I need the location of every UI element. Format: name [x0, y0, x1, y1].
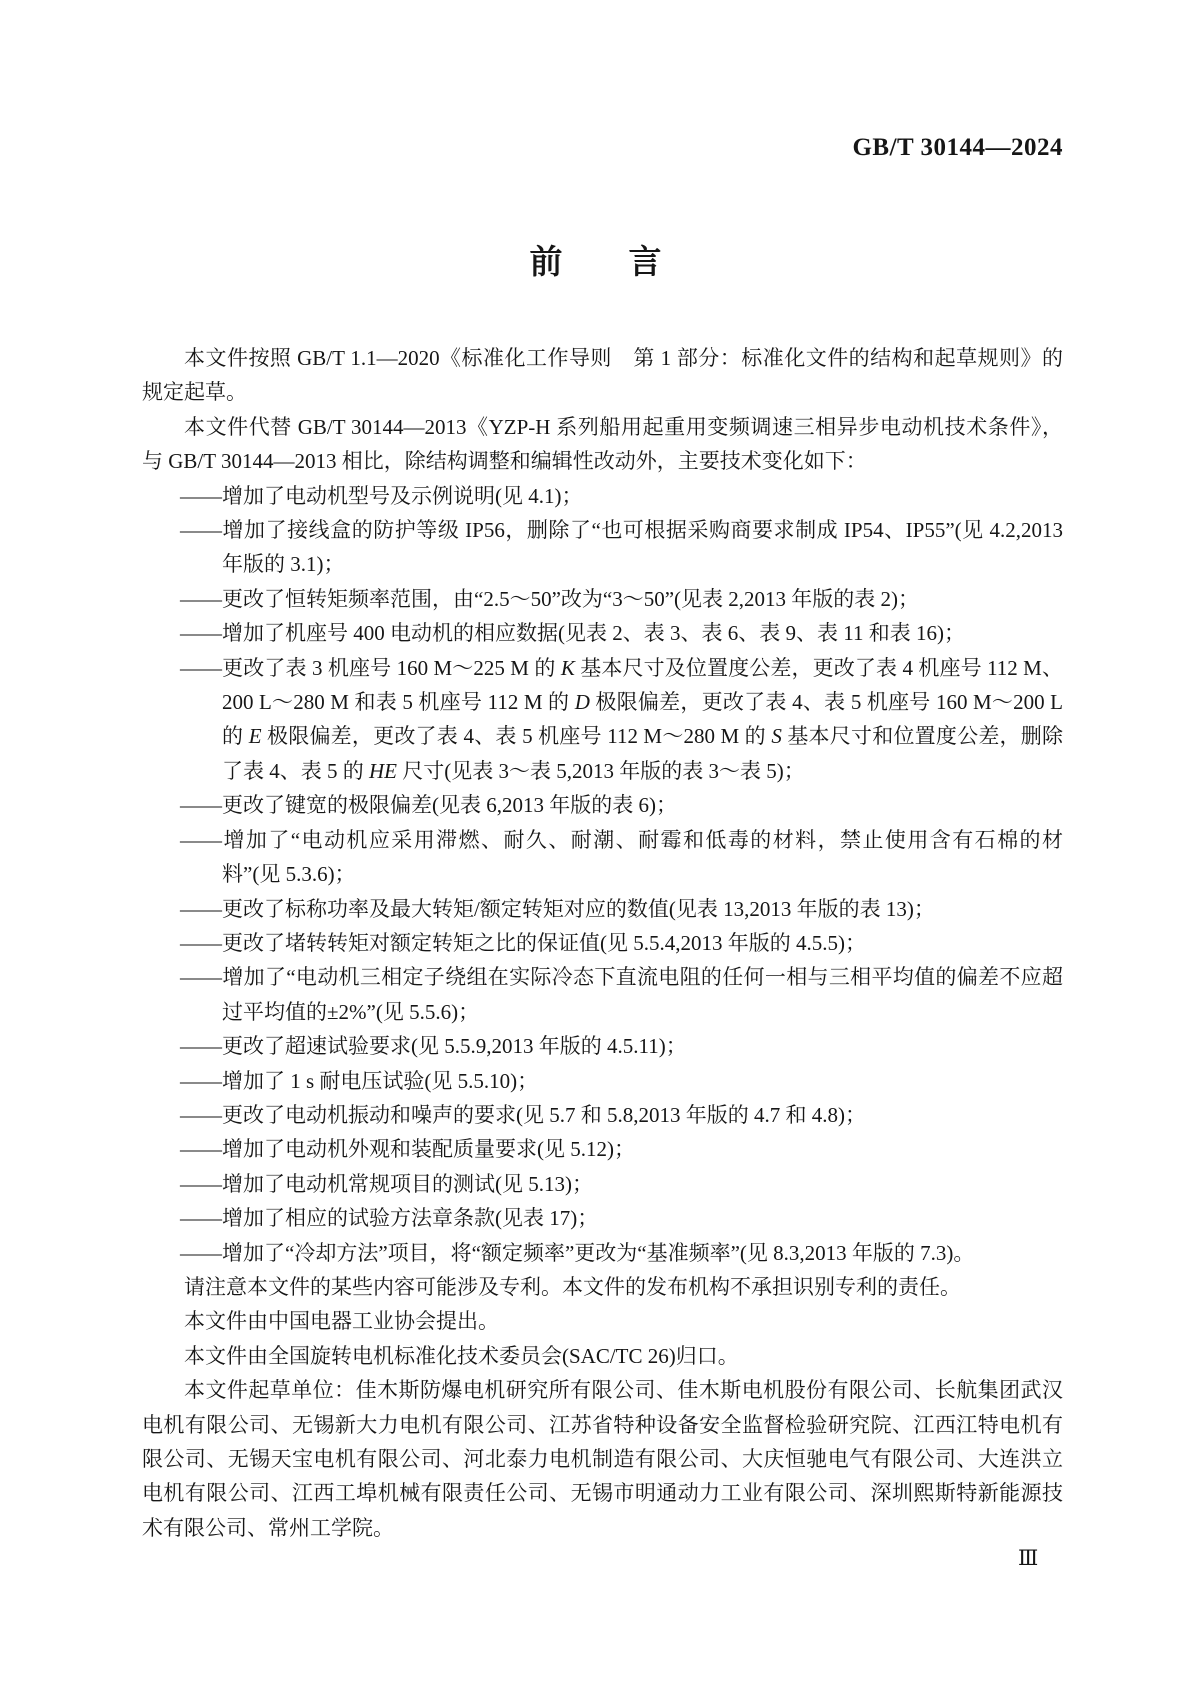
list-dash: ——	[180, 621, 222, 645]
text-segment: 尺寸(见表 3～表 5,2013 年版的表 3～表 5)；	[397, 759, 805, 783]
paragraph: 本文件起草单位：佳木斯防爆电机研究所有限公司、佳木斯电机股份有限公司、长航集团武…	[142, 1373, 1063, 1545]
list-item: ——更改了表 3 机座号 160 M～225 M 的 K 基本尺寸及位置度公差，…	[142, 651, 1063, 789]
list-dash: ——	[180, 1069, 222, 1093]
paragraph: 请注意本文件的某些内容可能涉及专利。本文件的发布机构不承担识别专利的责任。	[142, 1270, 1063, 1304]
list-item: ——更改了电动机振动和噪声的要求(见 5.7 和 5.8,2013 年版的 4.…	[142, 1098, 1063, 1132]
list-item: ——增加了“电动机应采用滞燃、耐久、耐潮、耐霉和低毒的材料，禁止使用含有石棉的材…	[142, 823, 1063, 892]
list-item: ——更改了标称功率及最大转矩/额定转矩对应的数值(见表 13,2013 年版的表…	[142, 892, 1063, 926]
standard-code: GB/T 30144—2024	[852, 134, 1063, 162]
paragraph: 本文件由全国旋转电机标准化技术委员会(SAC/TC 26)归口。	[142, 1339, 1063, 1373]
list-dash: ——	[180, 897, 222, 921]
list-item: ——增加了机座号 400 电动机的相应数据(见表 2、表 3、表 6、表 9、表…	[142, 616, 1063, 650]
list-dash: ——	[180, 828, 222, 852]
text-segment: 增加了“冷却方法”项目，将“额定频率”更改为“基准频率”(见 8.3,2013 …	[222, 1241, 974, 1265]
text-segment: 增加了电动机常规项目的测试(见 5.13)；	[222, 1172, 593, 1196]
text-segment: 本文件按照 GB/T 1.1—2020《标准化工作导则 第 1 部分：标准化文件…	[142, 346, 1063, 404]
list-dash: ——	[180, 587, 222, 611]
list-item: ——更改了堵转转矩对额定转矩之比的保证值(见 5.5.4,2013 年版的 4.…	[142, 926, 1063, 960]
list-item: ——增加了电动机外观和装配质量要求(见 5.12)；	[142, 1132, 1063, 1166]
paragraph: 本文件代替 GB/T 30144—2013《YZP-H 系列船用起重用变频调速三…	[142, 410, 1063, 479]
text-segment: K	[561, 656, 575, 680]
list-item: ——更改了超速试验要求(见 5.5.9,2013 年版的 4.5.11)；	[142, 1029, 1063, 1063]
text-segment: 增加了电动机外观和装配质量要求(见 5.12)；	[222, 1137, 635, 1161]
text-segment: E	[249, 724, 262, 748]
page-title: 前 言	[0, 236, 1191, 283]
text-segment: 本文件由全国旋转电机标准化技术委员会(SAC/TC 26)归口。	[184, 1344, 739, 1368]
text-segment: 增加了 1 s 耐电压试验(见 5.5.10)；	[222, 1069, 538, 1093]
text-segment: 增加了相应的试验方法章条款(见表 17)；	[222, 1206, 598, 1230]
list-item: ——增加了相应的试验方法章条款(见表 17)；	[142, 1201, 1063, 1235]
list-item: ——增加了电动机型号及示例说明(见 4.1)；	[142, 479, 1063, 513]
list-dash: ——	[180, 656, 222, 680]
list-item: ——更改了恒转矩频率范围，由“2.5～50”改为“3～50”(见表 2,2013…	[142, 582, 1063, 616]
list-item: ——更改了键宽的极限偏差(见表 6,2013 年版的表 6)；	[142, 788, 1063, 822]
list-item: ——增加了“冷却方法”项目，将“额定频率”更改为“基准频率”(见 8.3,201…	[142, 1236, 1063, 1270]
list-dash: ——	[180, 1241, 222, 1265]
text-segment: 更改了超速试验要求(见 5.5.9,2013 年版的 4.5.11)；	[222, 1034, 687, 1058]
list-item: ——增加了 1 s 耐电压试验(见 5.5.10)；	[142, 1064, 1063, 1098]
page-number: Ⅲ	[1018, 1546, 1039, 1571]
list-dash: ——	[180, 1172, 222, 1196]
list-dash: ——	[180, 1103, 222, 1127]
list-dash: ——	[180, 965, 222, 989]
text-segment: 极限偏差，更改了表 4、表 5 机座号 112 M～280 M 的	[262, 724, 772, 748]
text-segment: 更改了表 3 机座号 160 M～225 M 的	[222, 656, 561, 680]
text-segment: S	[771, 724, 782, 748]
text-segment: 增加了电动机型号及示例说明(见 4.1)；	[222, 484, 583, 508]
text-segment: 增加了“电动机三相定子绕组在实际冷态下直流电阻的任何一相与三相平均值的偏差不应超…	[222, 965, 1063, 1023]
list-dash: ——	[180, 793, 222, 817]
document-page: GB/T 30144—2024 前 言 本文件按照 GB/T 1.1—2020《…	[0, 0, 1191, 1685]
text-segment: 请注意本文件的某些内容可能涉及专利。本文件的发布机构不承担识别专利的责任。	[184, 1275, 961, 1299]
text-segment: 增加了机座号 400 电动机的相应数据(见表 2、表 3、表 6、表 9、表 1…	[222, 621, 965, 645]
list-dash: ——	[180, 1206, 222, 1230]
list-item: ——增加了“电动机三相定子绕组在实际冷态下直流电阻的任何一相与三相平均值的偏差不…	[142, 960, 1063, 1029]
list-item: ——增加了电动机常规项目的测试(见 5.13)；	[142, 1167, 1063, 1201]
list-dash: ——	[180, 484, 222, 508]
text-segment: 更改了恒转矩频率范围，由“2.5～50”改为“3～50”(见表 2,2013 年…	[222, 587, 919, 611]
text-segment: 本文件代替 GB/T 30144—2013《YZP-H 系列船用起重用变频调速三…	[142, 415, 1063, 473]
text-segment: 更改了标称功率及最大转矩/额定转矩对应的数值(见表 13,2013 年版的表 1…	[222, 897, 935, 921]
text-segment: 增加了“电动机应采用滞燃、耐久、耐潮、耐霉和低毒的材料，禁止使用含有石棉的材料”…	[222, 828, 1063, 886]
text-segment: 更改了键宽的极限偏差(见表 6,2013 年版的表 6)；	[222, 793, 677, 817]
list-dash: ——	[180, 931, 222, 955]
list-item: ——增加了接线盒的防护等级 IP56，删除了“也可根据采购商要求制成 IP54、…	[142, 513, 1063, 582]
text-segment: 增加了接线盒的防护等级 IP56，删除了“也可根据采购商要求制成 IP54、IP…	[222, 518, 1063, 576]
list-dash: ——	[180, 1137, 222, 1161]
paragraph: 本文件由中国电器工业协会提出。	[142, 1304, 1063, 1338]
text-segment: HE	[369, 759, 397, 783]
list-dash: ——	[180, 518, 222, 542]
foreword-body: 本文件按照 GB/T 1.1—2020《标准化工作导则 第 1 部分：标准化文件…	[142, 341, 1063, 1545]
text-segment: 本文件起草单位：佳木斯防爆电机研究所有限公司、佳木斯电机股份有限公司、长航集团武…	[142, 1378, 1063, 1540]
list-dash: ——	[180, 1034, 222, 1058]
text-segment: 本文件由中国电器工业协会提出。	[184, 1309, 499, 1333]
paragraph: 本文件按照 GB/T 1.1—2020《标准化工作导则 第 1 部分：标准化文件…	[142, 341, 1063, 410]
text-segment: 更改了电动机振动和噪声的要求(见 5.7 和 5.8,2013 年版的 4.7 …	[222, 1103, 866, 1127]
text-segment: 更改了堵转转矩对额定转矩之比的保证值(见 5.5.4,2013 年版的 4.5.…	[222, 931, 866, 955]
text-segment: D	[575, 690, 590, 714]
